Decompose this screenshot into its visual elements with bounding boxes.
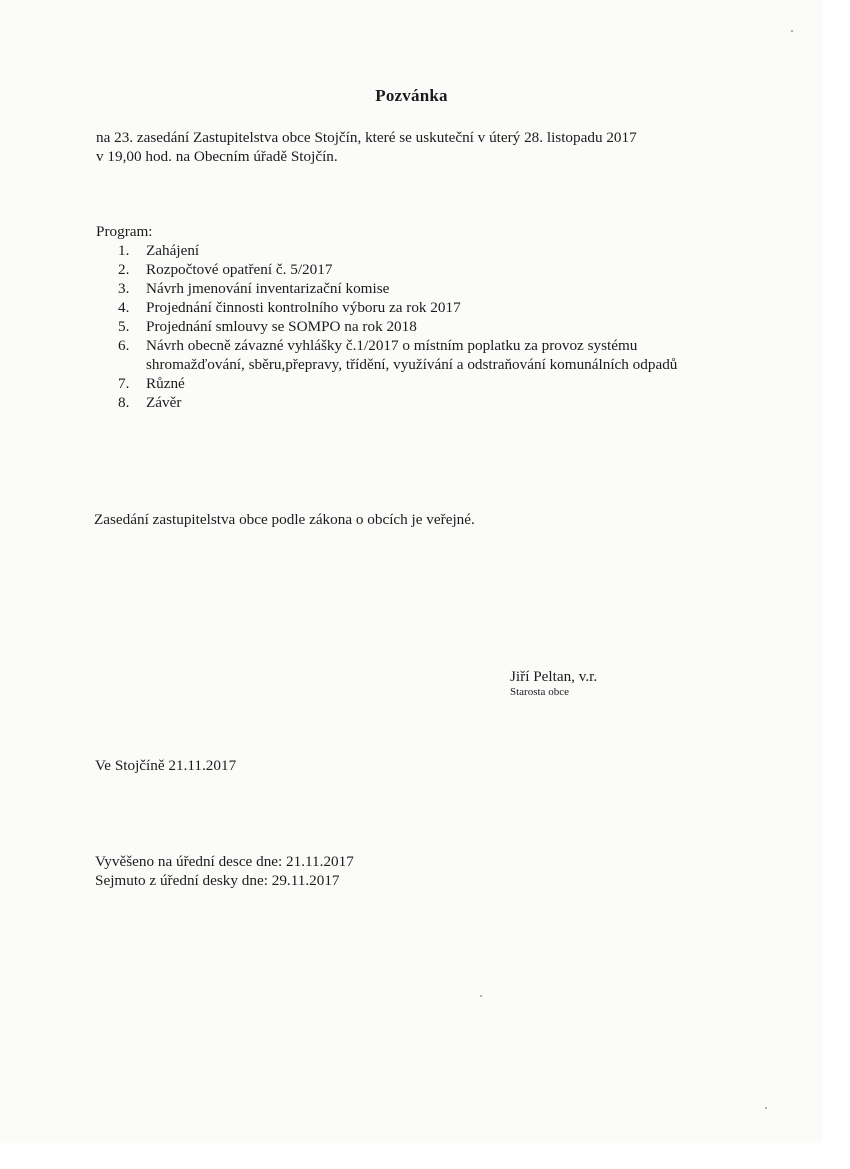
program-item-text: Rozpočtové opatření č. 5/2017 xyxy=(146,260,706,279)
removed-date: Sejmuto z úřední desky dne: 29.11.2017 xyxy=(95,871,340,890)
program-item-text: Návrh obecně závazné vyhlášky č.1/2017 o… xyxy=(146,336,706,374)
program-item-text: Různé xyxy=(146,374,706,393)
program-item-text: Projednání smlouvy se SOMPO na rok 2018 xyxy=(146,317,706,336)
program-item-number: 8. xyxy=(118,393,129,412)
intro-line: na 23. zasedání Zastupitelstva obce Stoj… xyxy=(96,128,637,147)
program-item: 7. Různé xyxy=(96,374,706,393)
program-item-text: Závěr xyxy=(146,393,706,412)
scan-speck xyxy=(765,1107,767,1109)
program-item: 4. Projednání činnosti kontrolního výbor… xyxy=(96,298,706,317)
program-item-number: 3. xyxy=(118,279,129,298)
place-and-date: Ve Stojčíně 21.11.2017 xyxy=(95,756,236,775)
scan-speck xyxy=(480,995,482,997)
public-session-note: Zasedání zastupitelstva obce podle zákon… xyxy=(94,510,475,529)
scanned-page: Pozvánka na 23. zasedání Zastupitelstva … xyxy=(0,0,823,1143)
program-item-number: 2. xyxy=(118,260,129,279)
invitation-intro: na 23. zasedání Zastupitelstva obce Stoj… xyxy=(96,128,637,166)
intro-line: v 19,00 hod. na Obecním úřadě Stojčín. xyxy=(96,147,637,166)
program-item-number: 7. xyxy=(118,374,129,393)
program-item-number: 1. xyxy=(118,241,129,260)
program-item-number: 5. xyxy=(118,317,129,336)
program-item: 5. Projednání smlouvy se SOMPO na rok 20… xyxy=(96,317,706,336)
program-item: 6. Návrh obecně závazné vyhlášky č.1/201… xyxy=(96,336,706,374)
program-item: 1. Zahájení xyxy=(96,241,706,260)
program-item: 8. Závěr xyxy=(96,393,706,412)
program-item: 3. Návrh jmenování inventarizační komise xyxy=(96,279,706,298)
program-item-text: Návrh jmenování inventarizační komise xyxy=(146,279,706,298)
program-list: 1. Zahájení 2. Rozpočtové opatření č. 5/… xyxy=(96,241,706,412)
signature-name: Jiří Peltan, v.r. xyxy=(510,667,597,686)
program-item-number: 6. xyxy=(118,336,129,355)
program-item: 2. Rozpočtové opatření č. 5/2017 xyxy=(96,260,706,279)
program-item-number: 4. xyxy=(118,298,129,317)
program-item-text: Zahájení xyxy=(146,241,706,260)
document-title: Pozvánka xyxy=(0,86,823,106)
program-item-text: Projednání činnosti kontrolního výboru z… xyxy=(146,298,706,317)
scan-speck xyxy=(791,30,793,32)
posted-date: Vyvěšeno na úřední desce dne: 21.11.2017 xyxy=(95,852,354,871)
program-label: Program: xyxy=(96,222,153,241)
signature-role: Starosta obce xyxy=(510,685,569,699)
